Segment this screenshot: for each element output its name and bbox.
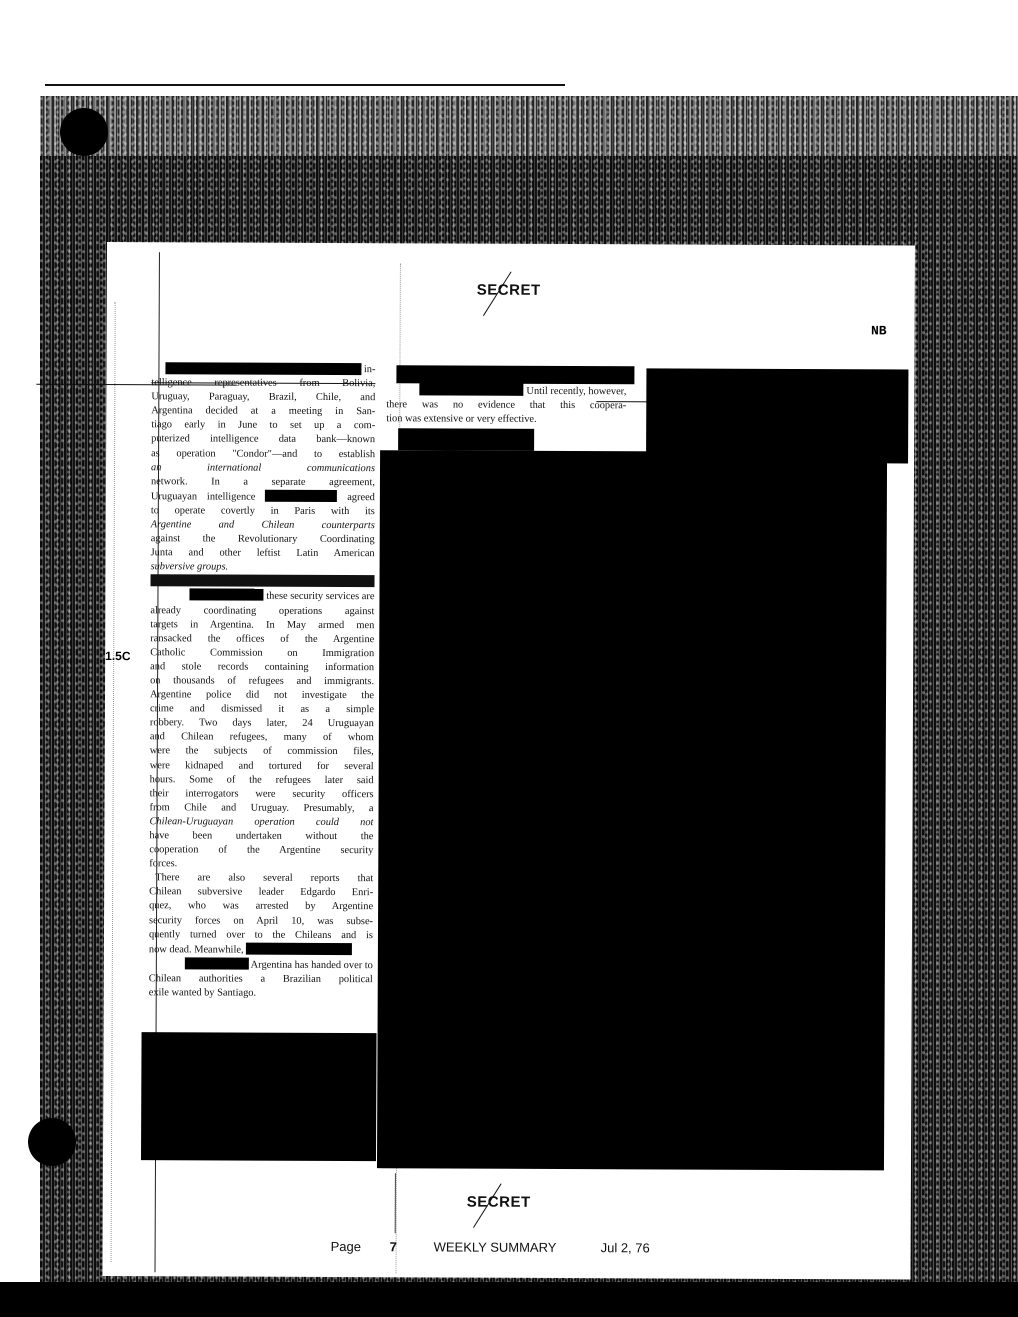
- text-line: from Chile and Uruguay. Presumably, a: [149, 801, 373, 816]
- text-line: hours. Some of the refugees later said: [150, 773, 374, 788]
- text-line: exile wanted by Santiago.: [149, 986, 373, 1001]
- text-line: Uruguayan intelligence agreed: [151, 489, 375, 505]
- margin-guide-line: [111, 302, 116, 1262]
- redaction-block-large: [377, 450, 887, 1170]
- scan-bottom-edge: [0, 1282, 1018, 1317]
- text-line: puterized intelligence data bank—known: [151, 433, 375, 448]
- text-line: Uruguay, Paraguay, Brazil, Chile, and: [151, 390, 375, 405]
- redaction-box: [165, 362, 361, 375]
- text-line: quez, who was arrested by Argentine: [149, 900, 373, 915]
- scan-top-rule: [45, 84, 565, 86]
- document-page: SECRET NB 1.5C in- telligence representa…: [102, 242, 915, 1280]
- footer-page-label: Page: [331, 1239, 361, 1254]
- punch-hole-bottom: [28, 1118, 76, 1166]
- redaction-block: [646, 368, 908, 463]
- text-line: were the subjects of commission files,: [150, 745, 374, 760]
- text-line: already coordinating operations against: [150, 604, 374, 619]
- text-line: subversive groups.: [151, 561, 375, 576]
- text-line: Argentina has handed over to: [149, 957, 373, 973]
- redaction-box: [150, 575, 374, 588]
- footer-publication: WEEKLY SUMMARY: [434, 1239, 557, 1255]
- text-line: Junta and other leftist Latin American: [151, 546, 375, 561]
- text-line: cooperation of the Argentine security: [149, 843, 373, 858]
- text-line: on thousands of refugees and immigrants.: [150, 674, 374, 689]
- middle-column: Until recently, however, there was no ev…: [386, 381, 626, 427]
- left-column: in- telligence representatives from Boli…: [149, 362, 376, 1001]
- text-line: ransacked the offices of the Argentine: [150, 632, 374, 647]
- text-line: Chilean-Uruguayan operation could not: [149, 815, 373, 830]
- text-line: Catholic Commission on Immigration: [150, 646, 374, 661]
- classification-footer: SECRET: [467, 1194, 531, 1211]
- redaction-box: [190, 589, 264, 601]
- redaction-box: [265, 490, 337, 502]
- text-line: have been undertaken without the: [149, 829, 373, 844]
- classification-text: SECRET: [477, 282, 541, 299]
- punch-hole-top: [60, 108, 108, 156]
- text-line: Until recently, however,: [386, 381, 626, 399]
- text-line: Argentine and Chilean counterparts: [151, 518, 375, 533]
- text-line: there was no evidence that this coopera-: [386, 398, 626, 413]
- scan-left-margin: [0, 0, 30, 1317]
- text-line: were kidnaped and tortured for several: [150, 759, 374, 774]
- text-line: an international communications: [151, 461, 375, 476]
- text-line: network. In a separate agreement,: [151, 475, 375, 490]
- text-line: [150, 575, 374, 590]
- text-line: as operation "Condor"—and to establish: [151, 447, 375, 462]
- text-line: Argentina decided at a meeting in San-: [151, 404, 375, 419]
- text-line: telligence representatives from Bolivia,: [151, 376, 375, 391]
- text-line: Chilean authorities a Brazilian politica…: [149, 972, 373, 987]
- text-line: tiago early in June to set up a com-: [151, 419, 375, 434]
- text-line: to operate covertly in Paris with its: [151, 504, 375, 519]
- handling-mark: NB: [871, 323, 887, 338]
- text-line: these security services are: [150, 589, 374, 605]
- text-line: tion was extensive or very effective.: [386, 412, 626, 427]
- footer-page-number: 7: [390, 1239, 397, 1254]
- redaction-box: [246, 942, 352, 954]
- text-line: Chilean subversive leader Edgardo Enri-: [149, 886, 373, 901]
- redaction-box: [398, 428, 534, 451]
- text-line: their interrogators were security office…: [150, 787, 374, 802]
- text-line: in-: [151, 362, 375, 377]
- redaction-box: [185, 957, 249, 969]
- redaction-block: [141, 1032, 377, 1161]
- text-line: and Chilean refugees, many of whom: [150, 731, 374, 746]
- text-line: Argentine police did not investigate the: [150, 688, 374, 703]
- footer-date: Jul 2, 76: [601, 1240, 650, 1255]
- text-line: and stole records containing information: [150, 660, 374, 675]
- classification-text: SECRET: [467, 1194, 531, 1211]
- text-line: targets in Argentina. In May armed men: [150, 618, 374, 633]
- text-line: robbery. Two days later, 24 Uruguayan: [150, 716, 374, 731]
- text-line: crime and dismissed it as a simple: [150, 702, 374, 717]
- redaction-box: [420, 381, 524, 395]
- margin-exemption-code: 1.5C: [105, 649, 130, 663]
- classification-header: SECRET: [477, 282, 541, 299]
- text-line: security forces on April 10, was subse-: [149, 914, 373, 929]
- text-line: There are also several reports that: [149, 871, 373, 886]
- text-line: quently turned over to the Chileans and …: [149, 928, 373, 943]
- text-line: now dead. Meanwhile,: [149, 942, 373, 958]
- scan-border-noise: [40, 96, 1018, 156]
- text-line: forces.: [149, 857, 373, 872]
- text-line: against the Revolutionary Coordinating: [151, 532, 375, 547]
